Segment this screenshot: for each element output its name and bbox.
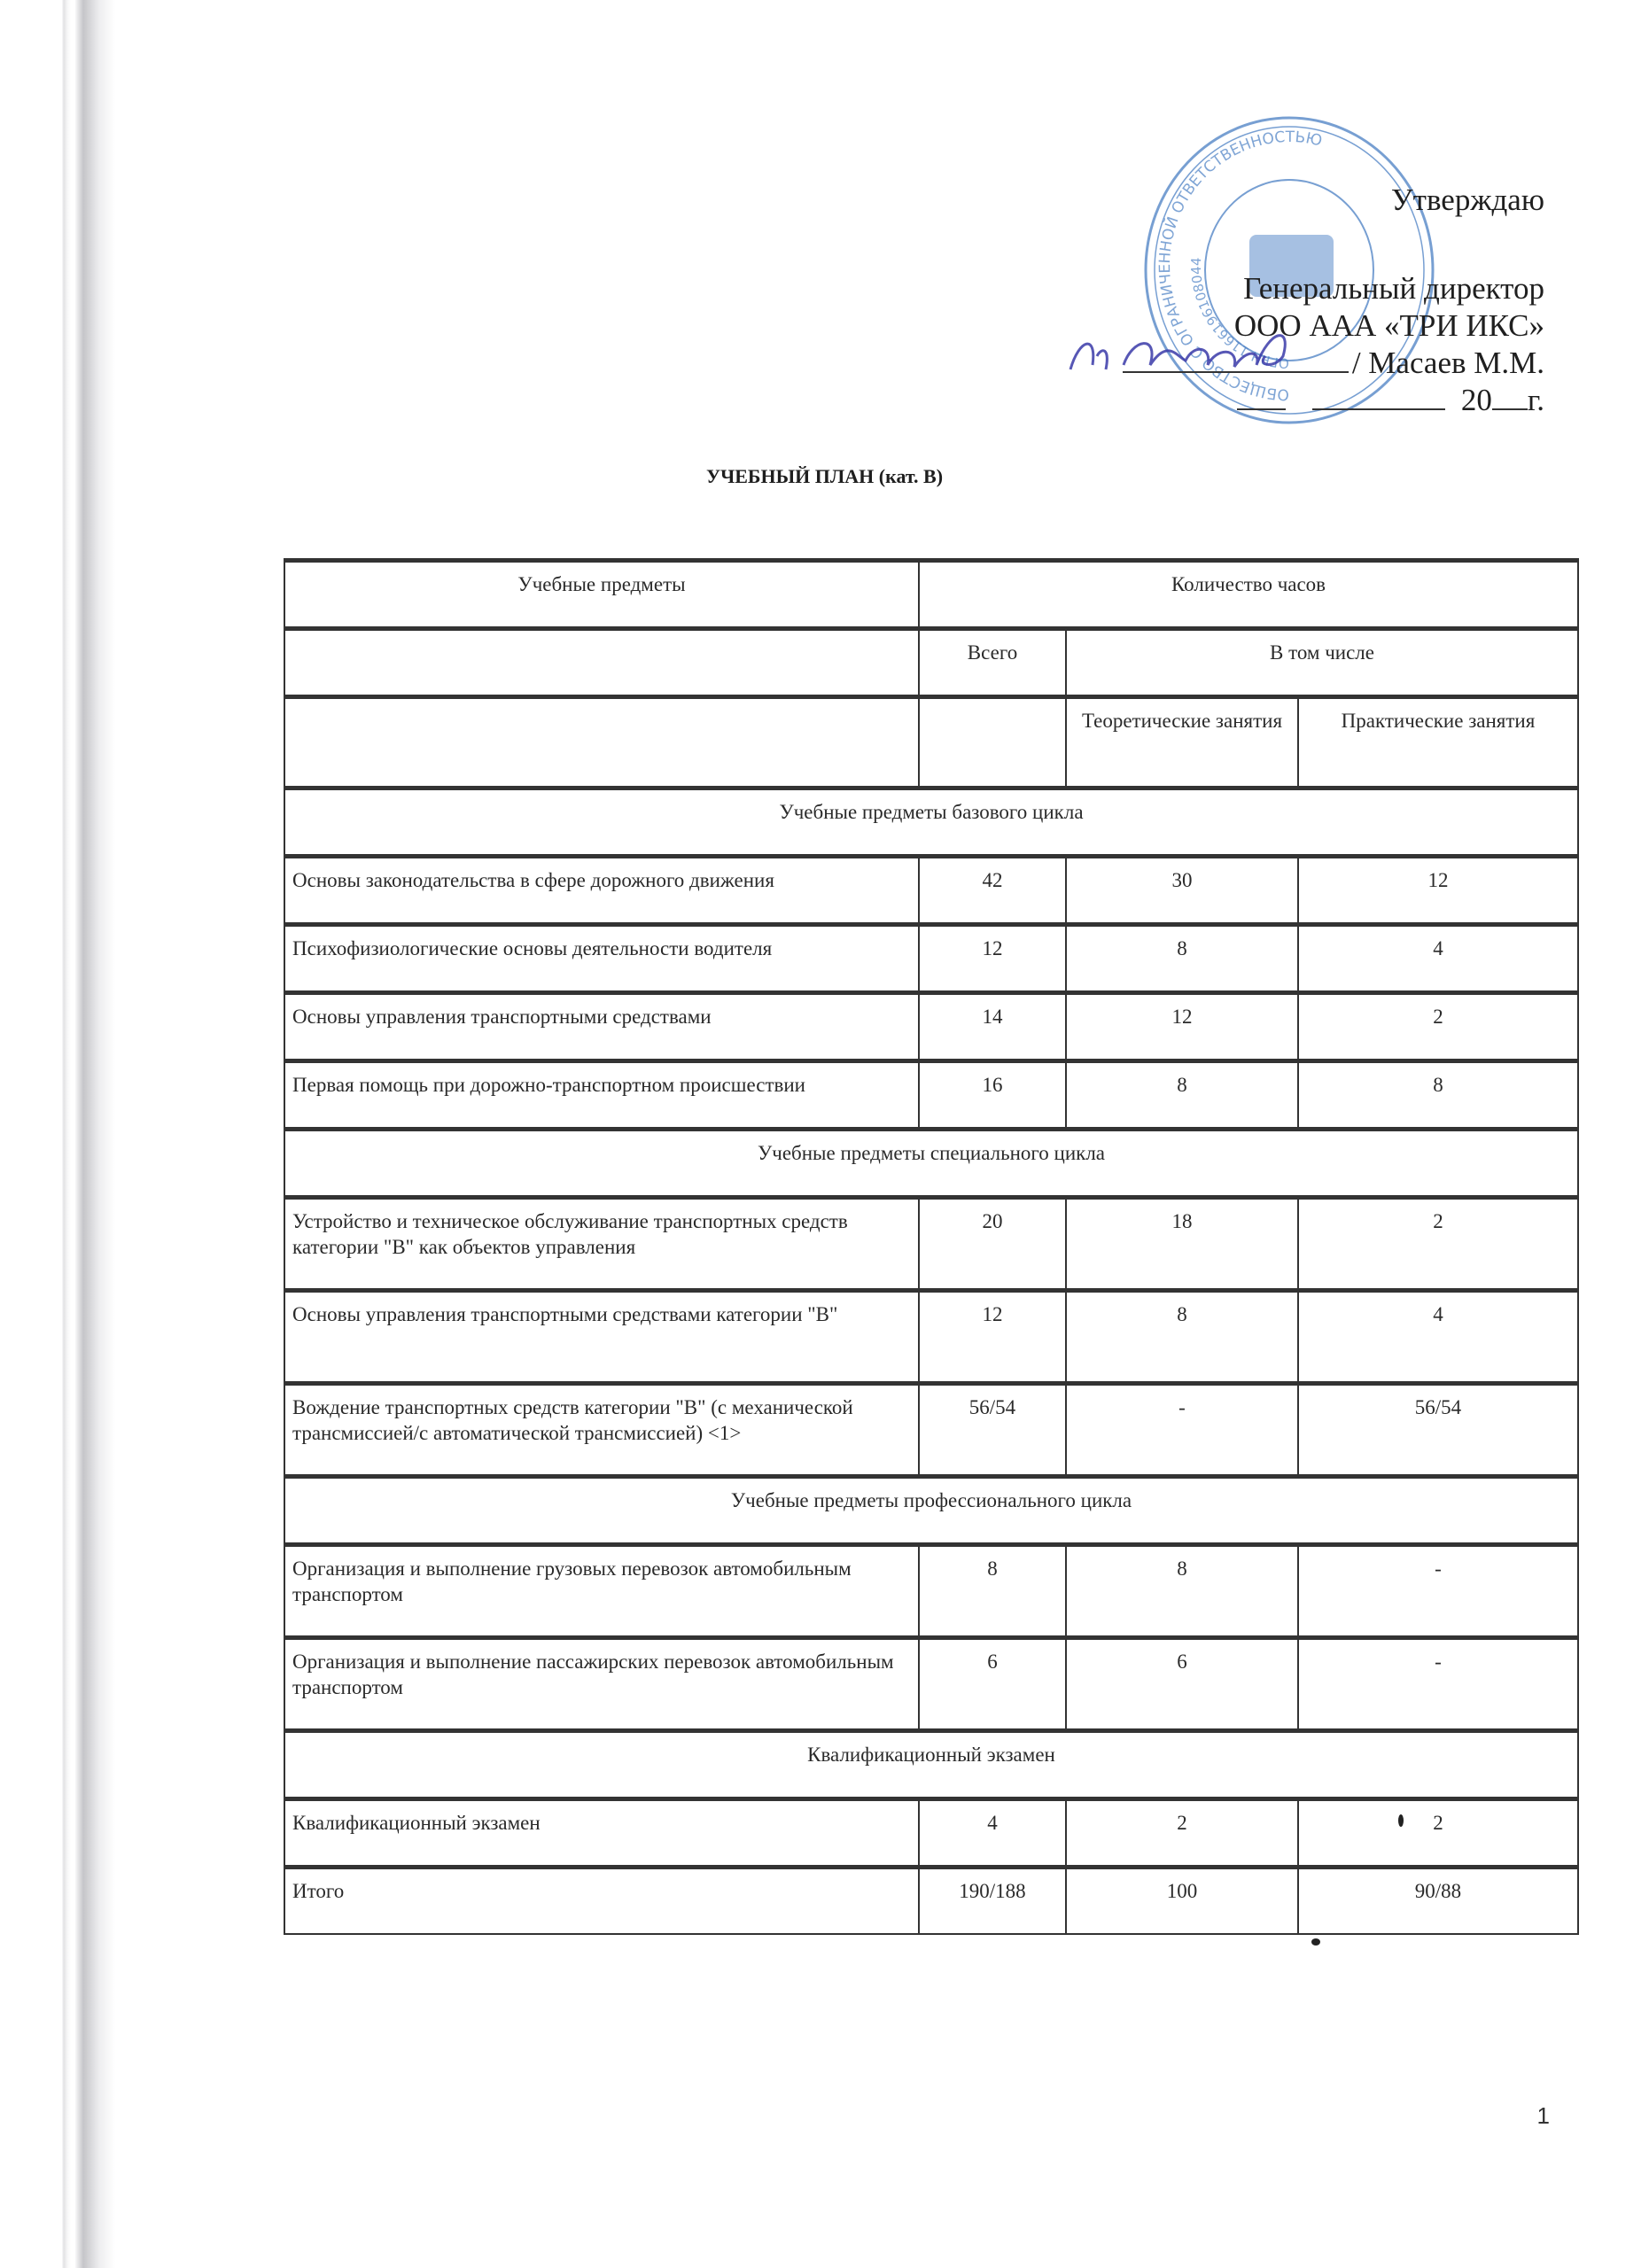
section-title: Учебные предметы базового цикла <box>284 788 1578 857</box>
cell-practice: 12 <box>1298 857 1578 925</box>
header-total: Всего <box>919 629 1066 697</box>
cell-subject: Квалификационный экзамен <box>284 1799 919 1868</box>
cell-practice: 8 <box>1298 1061 1578 1130</box>
date-year-field <box>1492 385 1528 410</box>
table-row: Вождение транспортных средств категории … <box>284 1384 1578 1477</box>
cell-practice: 2 <box>1298 1198 1578 1291</box>
cell-practice: 2 <box>1298 1799 1578 1868</box>
cell-subject: Устройство и техническое обслуживание тр… <box>284 1198 919 1291</box>
cell-subject: Вождение транспортных средств категории … <box>284 1384 919 1477</box>
table-row: Основы законодательства в сфере дорожног… <box>284 857 1578 925</box>
section-row: Квалификационный экзамен <box>284 1731 1578 1799</box>
scan-edge-shadow <box>75 0 115 2268</box>
header-practice: Практические занятия <box>1298 697 1578 788</box>
cell-theory: 18 <box>1066 1198 1298 1291</box>
approval-block: Утверждаю Генеральный директор ООО ААА «… <box>1123 182 1544 419</box>
cell-subject: Организация и выполнение пассажирских пе… <box>284 1638 919 1731</box>
cell-practice: 4 <box>1298 925 1578 993</box>
header-including: В том числе <box>1066 629 1578 697</box>
cell-practice: 4 <box>1298 1291 1578 1384</box>
curriculum-table: Учебные предметы Количество часов Всего … <box>284 558 1579 1935</box>
signature-line: / Масаев М.М. <box>1123 345 1544 382</box>
header-hours: Количество часов <box>919 561 1578 629</box>
cell-total: 16 <box>919 1061 1066 1130</box>
cell-theory: 30 <box>1066 857 1298 925</box>
header-row: Всего В том числе <box>284 629 1578 697</box>
cell-practice: - <box>1298 1545 1578 1638</box>
cell-practice: 56/54 <box>1298 1384 1578 1477</box>
section-title: Учебные предметы профессионального цикла <box>284 1477 1578 1545</box>
cell-theory: - <box>1066 1384 1298 1477</box>
scan-speck <box>1398 1814 1404 1827</box>
header-theory: Теоретические занятия <box>1066 697 1298 788</box>
date-day-field <box>1237 385 1286 410</box>
table-row: Организация и выполнение грузовых перево… <box>284 1545 1578 1638</box>
scan-speck <box>1311 1938 1320 1946</box>
cell-total: 6 <box>919 1638 1066 1731</box>
date-month-field <box>1312 385 1445 410</box>
approve-label: Утверждаю <box>1123 182 1544 219</box>
cell-total: 12 <box>919 925 1066 993</box>
approval-date: 20г. <box>1123 382 1544 419</box>
organization-name: ООО ААА «ТРИ ИКС» <box>1123 307 1544 345</box>
cell-subject: Основы управления транспортными средства… <box>284 993 919 1061</box>
table-row: Психофизиологические основы деятельности… <box>284 925 1578 993</box>
table-row: Первая помощь при дорожно-транспортном п… <box>284 1061 1578 1130</box>
header-empty <box>919 697 1066 788</box>
cell-subject: Основы управления транспортными средства… <box>284 1291 919 1384</box>
cell-theory: 8 <box>1066 1061 1298 1130</box>
cell-subject: Основы законодательства в сфере дорожног… <box>284 857 919 925</box>
header-row: Теоретические занятия Практические занят… <box>284 697 1578 788</box>
cell-theory: 8 <box>1066 1291 1298 1384</box>
signer-name: / Масаев М.М. <box>1352 346 1544 380</box>
cell-practice: - <box>1298 1638 1578 1731</box>
section-row: Учебные предметы базового цикла <box>284 788 1578 857</box>
cell-total: 190/188 <box>919 1868 1066 1935</box>
cell-total: 56/54 <box>919 1384 1066 1477</box>
cell-total: 8 <box>919 1545 1066 1638</box>
section-row: Учебные предметы специального цикла <box>284 1130 1578 1198</box>
cell-total: 12 <box>919 1291 1066 1384</box>
cell-theory: 12 <box>1066 993 1298 1061</box>
document-title: УЧЕБНЫЙ ПЛАН (кат. В) <box>0 465 1649 488</box>
header-subjects: Учебные предметы <box>284 561 919 629</box>
table-row: Устройство и техническое обслуживание тр… <box>284 1198 1578 1291</box>
cell-theory: 8 <box>1066 925 1298 993</box>
section-row: Учебные предметы профессионального цикла <box>284 1477 1578 1545</box>
header-row: Учебные предметы Количество часов <box>284 561 1578 629</box>
page-number: 1 <box>1537 2102 1550 2130</box>
cell-total: 4 <box>919 1799 1066 1868</box>
cell-subject: Организация и выполнение грузовых перево… <box>284 1545 919 1638</box>
cell-total: 42 <box>919 857 1066 925</box>
header-empty <box>284 629 919 697</box>
header-empty <box>284 697 919 788</box>
cell-subject: Итого <box>284 1868 919 1935</box>
cell-theory: 6 <box>1066 1638 1298 1731</box>
section-title: Квалификационный экзамен <box>284 1731 1578 1799</box>
table-row: Организация и выполнение пассажирских пе… <box>284 1638 1578 1731</box>
table-row: Основы управления транспортными средства… <box>284 993 1578 1061</box>
table-row: Основы управления транспортными средства… <box>284 1291 1578 1384</box>
section-title: Учебные предметы специального цикла <box>284 1130 1578 1198</box>
cell-theory: 8 <box>1066 1545 1298 1638</box>
cell-theory: 100 <box>1066 1868 1298 1935</box>
cell-theory: 2 <box>1066 1799 1298 1868</box>
table-row: Квалификационный экзамен422 <box>284 1799 1578 1868</box>
cell-practice: 90/88 <box>1298 1868 1578 1935</box>
cell-total: 20 <box>919 1198 1066 1291</box>
scan-edge-shadow <box>62 0 71 2268</box>
cell-subject: Первая помощь при дорожно-транспортном п… <box>284 1061 919 1130</box>
cell-practice: 2 <box>1298 993 1578 1061</box>
director-position: Генеральный директор <box>1123 270 1544 307</box>
cell-subject: Психофизиологические основы деятельности… <box>284 925 919 993</box>
cell-total: 14 <box>919 993 1066 1061</box>
table-row: Итого190/18810090/88 <box>284 1868 1578 1935</box>
